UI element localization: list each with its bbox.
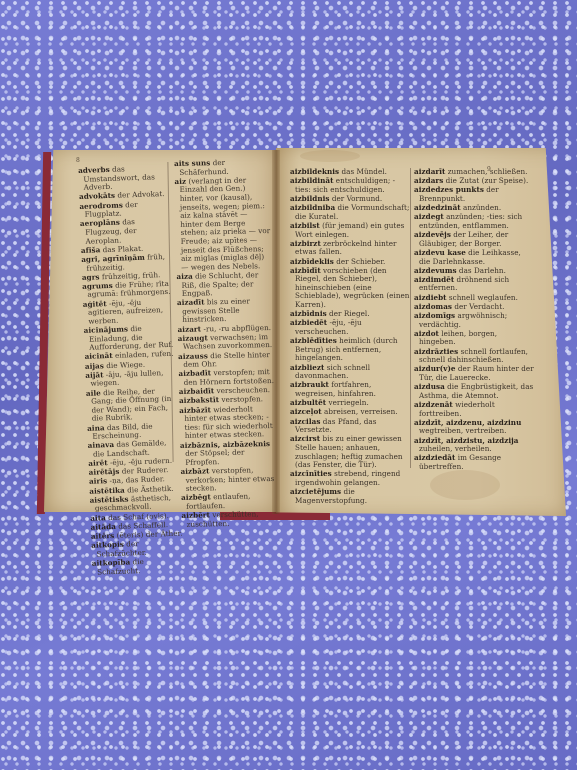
open-dictionary-book: 8 9 adverbs das Umstandswort, das Adverb… xyxy=(0,0,577,770)
dictionary-entry: aicinājums die Einladung, die Aufforderu… xyxy=(84,324,177,353)
entry-definition: verriegeln. xyxy=(326,398,369,407)
entry-definition: der Stöpsel; der Pfropfen. xyxy=(185,448,245,467)
dictionary-entry: aizcietējums die Magenverstopfung. xyxy=(290,488,410,505)
dictionary-entry: aizbilst (für jemand) ein gutes Wort ein… xyxy=(290,222,410,239)
dictionary-entry: aizdzīt, aizdzenu, aizdzinu wegtreiben, … xyxy=(414,419,534,436)
entry-headword: aizbildeknis xyxy=(290,167,339,176)
entry-headword: aizbīdeklis xyxy=(290,257,334,266)
entry-definition: (verlangt in der Einzahl den Gen.) hinte… xyxy=(180,175,271,271)
dictionary-entry: adverbs das Umstandswort, das Adverb. xyxy=(78,164,171,193)
entry-headword: aizbaidīt xyxy=(179,386,215,396)
entry-definition: das Mündel. xyxy=(339,167,387,176)
entry-definition: verstopfen. xyxy=(219,395,263,405)
entry-headword: afiša xyxy=(81,245,101,255)
entry-definition: der Riegel. xyxy=(327,309,370,318)
dictionary-entry: aizdedzes punkts der Brennpunkt. xyxy=(414,186,534,203)
dictionary-entry: aizbraukt fortfahren, wegreisen, hinfahr… xyxy=(290,381,410,398)
dictionary-entry: aizcirst bis zu einer gewissen Stelle ha… xyxy=(290,435,410,469)
entry-headword: aijas xyxy=(85,361,104,371)
entry-headword: aizart xyxy=(177,324,201,333)
entry-headword: agrs xyxy=(82,272,100,282)
entry-headword: aizdiebt xyxy=(414,293,447,302)
entry-definition: der Schieber. xyxy=(334,257,385,266)
dictionary-entry: aizdziedāt im Gesange übertreffen. xyxy=(414,454,534,471)
dictionary-entry: aizdur(v)e der Raum hinter der Tür, die … xyxy=(414,365,534,382)
entry-definition: der Vormund. xyxy=(329,194,382,203)
dictionary-entry: aizbērt verschütten, zuschütten. xyxy=(181,510,277,529)
right-page-column-2: aizdarīt zumachen, schließen.aizdars die… xyxy=(414,168,534,472)
dictionary-entry: aizdzīt, aizdzistu, aizdzija zuheilen, v… xyxy=(414,437,534,454)
entry-definition: die Reihe, der Gang; die Öffnung (in der… xyxy=(91,386,171,423)
entry-definition: die Schlucht, der Riß, die Spalte; der E… xyxy=(182,270,259,298)
dictionary-entry: aeroplāns das Flugzeug, der Aeroplan. xyxy=(80,217,173,246)
entry-headword: aizbildnis xyxy=(290,194,329,203)
dictionary-entry: aizdegt anzünden; -ties: sich entzünden,… xyxy=(414,213,534,230)
dictionary-entry: aizblēdīties heimlich (durch Betrug) sic… xyxy=(290,337,410,363)
dictionary-entry: aizadīt bis zu einer gewissen Stelle hin… xyxy=(177,297,274,325)
dictionary-entry: aizbīdīt vorschieben (den Riegel, den Sc… xyxy=(290,267,410,310)
dictionary-entry: aizbēgt entlaufen, fortlaufen. xyxy=(181,492,277,511)
entry-definition: (ēteris) der Äther. xyxy=(114,529,183,540)
entry-headword: aita xyxy=(90,513,106,523)
entry-headword: airēt xyxy=(88,458,108,468)
entry-definition: der Verdacht. xyxy=(452,302,505,311)
entry-headword: aizdedzināt xyxy=(414,203,461,212)
entry-definition: die Zutat (zur Speise). xyxy=(443,176,528,185)
dictionary-entry: aizdzenāt wiederholt forttreiben. xyxy=(414,401,534,418)
entry-headword: aizdars xyxy=(414,176,443,185)
entry-definition: zuheilen, verheilen. xyxy=(419,444,492,453)
dictionary-entry: aizbāznis, aizbāzeknis der Stöpsel; der … xyxy=(180,439,277,467)
entry-definition: schnell weglaufen. xyxy=(447,293,518,302)
right-page-column-1: aizbildeknis das Mündel.aizbildināt ents… xyxy=(290,168,410,506)
entry-definition: anzünden. xyxy=(461,203,502,212)
dictionary-entry: aizdevējs der Leiher, der Gläubiger, der… xyxy=(414,231,534,248)
entry-headword: airis xyxy=(89,477,108,487)
dictionary-entry: aizbildniba die Vormundschaft; die Kurat… xyxy=(290,204,410,221)
entry-definition: zumachen, schließen. xyxy=(445,167,527,176)
dictionary-entry: aile die Reihe, der Gang; die Öffnung (i… xyxy=(86,386,179,424)
dictionary-entry: aizbliezt sich schnell davonmachen. xyxy=(290,364,410,381)
left-page-column-2: aits suns der Schäferhund.aiz (verlangt … xyxy=(174,158,278,530)
entry-headword: aizdevums xyxy=(414,266,457,275)
page-stain xyxy=(300,150,360,162)
entry-headword: aizceļot xyxy=(290,407,322,416)
dictionary-entry: aizdusa die Engbrüstigkeit, das Asthma, … xyxy=(414,383,534,400)
dictionary-entry: agrums die Frühe; rīta agrumā: frühmorge… xyxy=(82,280,175,300)
entry-definition: der Advokat. xyxy=(115,189,165,200)
entry-definition: wegtreiben, vertreiben. xyxy=(419,426,506,435)
dictionary-entry: aizbāzīt wiederholt hinter etwas stecken… xyxy=(179,404,276,440)
entry-headword: aizbīdnis xyxy=(290,309,327,318)
entry-headword: aizdomas xyxy=(414,302,452,311)
dictionary-entry: aits suns der Schäferhund. xyxy=(174,158,270,177)
dictionary-entry: aizdomīgs argwöhnisch; verdächtig. xyxy=(414,312,534,329)
dictionary-entry: aitkopība die Schafzucht. xyxy=(92,557,185,577)
dictionary-entry: aizcīnīties strebend, ringend irgendwohi… xyxy=(290,470,410,487)
dictionary-entry: aiza die Schlucht, der Riß, die Spalte; … xyxy=(176,271,273,299)
dictionary-entry: aizbiedēt -ēju, -ēju verscheuchen. xyxy=(290,319,410,336)
dictionary-entry: aizdimdēt dröhnend sich entfernen. xyxy=(414,276,534,293)
dictionary-entry: aizbildināt entschuldigen; -ties: sich e… xyxy=(290,177,410,194)
dictionary-entry: aiz (verlangt in der Einzahl den Gen.) h… xyxy=(174,176,272,273)
dictionary-entry: aizcilas das Pfand, das Versetzte. xyxy=(290,418,410,435)
page-stain xyxy=(430,470,500,500)
dictionary-entry: aizdrāzties schnell fortlaufen, schnell … xyxy=(414,348,534,365)
left-page-number: 8 xyxy=(76,157,80,164)
left-page-column-1: adverbs das Umstandswort, das Adverb.adv… xyxy=(78,164,184,578)
dictionary-entry: aizbirzt zerbröckelnd hinter etwas falle… xyxy=(290,240,410,257)
entry-headword: aizdarīt xyxy=(414,167,445,176)
dictionary-entry: aizbāzt verstopfen, verkorken; hinter et… xyxy=(180,466,277,494)
entry-definition: abreisen, verreisen. xyxy=(322,407,398,416)
dictionary-entry: aģitēt -ēju, -ēju agitieren, aufreizen, … xyxy=(83,297,176,326)
column-divider-right xyxy=(410,168,411,468)
entry-definition: das Darlehn. xyxy=(457,266,506,275)
dictionary-entry: aizdot leihen, borgen, hingeben. xyxy=(414,330,534,347)
entry-headword: aizbultēt xyxy=(290,398,326,407)
dictionary-entry: aizdevu kase die Leihkasse, die Darlehnk… xyxy=(414,249,534,266)
